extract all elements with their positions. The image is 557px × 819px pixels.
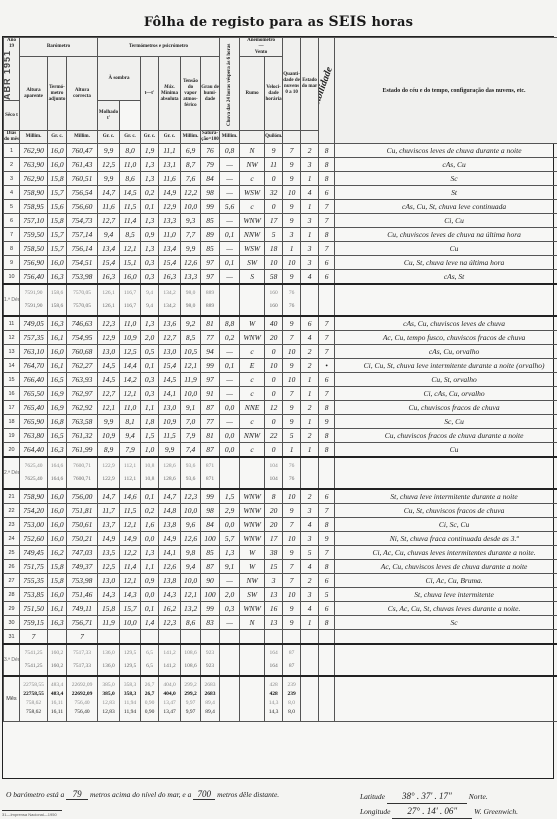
chuva-cell: — <box>220 186 240 200</box>
tens-cell <box>181 630 201 645</box>
molh-cell: 11,4 <box>120 214 141 228</box>
dif-cell: 1,3 <box>141 546 159 560</box>
dif-cell: 1,0 <box>141 443 159 458</box>
vel-sum-cell: 160160 <box>265 284 283 316</box>
nuv-cell: 7 <box>283 560 301 574</box>
visibility-cell: 7 <box>319 214 335 228</box>
mar-sum-cell <box>301 457 319 489</box>
molh-cell: 11,5 <box>120 200 141 214</box>
corr-cell: 756,60 <box>67 200 98 214</box>
chuva-cell: 1,5 <box>220 489 240 504</box>
tadj-cell: 16,1 <box>48 331 67 345</box>
dif-cell: 1,1 <box>141 560 159 574</box>
seco-cell: 14,9 <box>98 532 120 546</box>
vel-cell: 22 <box>265 429 283 443</box>
day-cell: 15 <box>4 373 20 387</box>
nuv-sum-cell: 7676 <box>283 284 301 316</box>
chuva-cell: 2,0 <box>220 588 240 602</box>
day-cell: 26 <box>4 560 20 574</box>
chuva-sum-cell <box>220 457 240 489</box>
dif-cell: 1,4 <box>141 616 159 630</box>
hum-cell: 97 <box>201 270 220 285</box>
mar-cell: 3 <box>301 532 319 546</box>
alt-cell: 759,50 <box>20 228 48 242</box>
rumo-cell: WNW <box>240 602 265 616</box>
day-cell: 3 <box>4 172 20 186</box>
seco-cell: 12,5 <box>98 158 120 172</box>
visibility-cell: 8 <box>319 228 335 242</box>
table-row: 9756,9016,0754,5115,415,10,315,412,6970,… <box>4 256 557 270</box>
table-row: 27755,3515,8753,9813,012,10,913,810,090—… <box>4 574 557 588</box>
observation-cell: Cu <box>335 443 557 458</box>
seco-month-cell: 385,0385,012,8312,83 <box>98 676 120 722</box>
nuv-cell: 9 <box>283 602 301 616</box>
molh-cell: 14,5 <box>120 186 141 200</box>
observation-cell: Ci, Ac, Cu, chuvas leves intermitentes d… <box>335 546 557 560</box>
nuv-cell: 7 <box>283 144 301 158</box>
alt-cell: 758,50 <box>20 242 48 256</box>
tadj-cell: 15,6 <box>48 200 67 214</box>
nuv-cell: 10 <box>283 588 301 602</box>
hum-cell: 90 <box>201 574 220 588</box>
dif-cell: 0,1 <box>141 359 159 373</box>
tadj-cell: 16,5 <box>48 429 67 443</box>
hum-cell: 81 <box>201 429 220 443</box>
molh-cell: 14,2 <box>120 373 141 387</box>
min-cell: 13,6 <box>159 316 181 331</box>
hum-cell: 83 <box>201 616 220 630</box>
day-cell: 9 <box>4 256 20 270</box>
alt-cell: 758,90 <box>20 186 48 200</box>
chuva-cell: 0,1 <box>220 359 240 373</box>
table-row: 4758,9015,7756,5414,714,50,214,912,298—W… <box>4 186 557 200</box>
rumo-sum-cell <box>240 644 265 676</box>
chuva-cell: — <box>220 345 240 359</box>
rumo-cell: NW <box>240 158 265 172</box>
visibility-cell: 8 <box>319 443 335 458</box>
corr-month-cell: 22692,0922692,09756,40756,40 <box>67 676 98 722</box>
alt-cell: 765,90 <box>20 415 48 429</box>
table-row: 28753,8516,0751,4614,314,30,014,312,1100… <box>4 588 557 602</box>
table-row: 25749,4516,2747,0313,512,21,314,19,8851,… <box>4 546 557 560</box>
corr-cell: 750,61 <box>67 518 98 532</box>
observation-cell: Sc, Cu <box>335 415 557 429</box>
corr-cell: 754,95 <box>67 331 98 345</box>
day-cell: 31 <box>4 630 20 645</box>
rumo-cell: NNW <box>240 228 265 242</box>
hum-cell: 91 <box>201 387 220 401</box>
days-header: Dias do mês <box>4 131 20 144</box>
day-cell: 22 <box>4 504 20 518</box>
page-title: Fôlha de registo para as SEIS horas <box>0 14 557 30</box>
day-cell: 25 <box>4 546 20 560</box>
barometer-height: 79 <box>66 789 88 800</box>
seco-cell: 14,3 <box>98 588 120 602</box>
mar-cell: 1 <box>301 443 319 458</box>
observation-cell: Ci, Cu, St, chuva leve intermitente dura… <box>335 359 557 373</box>
vel-cell: 8 <box>265 489 283 504</box>
hum-cell: 97 <box>201 373 220 387</box>
observation-cell: Ni, St, chuva fraca continuada desde as … <box>335 532 557 546</box>
vel-cell: 3 <box>265 574 283 588</box>
day-cell: 13 <box>4 345 20 359</box>
wet-header: Molhado t' <box>98 101 120 131</box>
hum-cell: 87 <box>201 443 220 458</box>
longitude-value: 27° . 14' . 06" <box>392 804 472 819</box>
nuv-cell: 1 <box>283 443 301 458</box>
coordinates: Latitude 38° . 37' . 17" Norte. Longitud… <box>360 789 518 819</box>
visibility-cell: 7 <box>319 387 335 401</box>
hum-cell: 84 <box>201 518 220 532</box>
tens-cell: 9,3 <box>181 214 201 228</box>
seco-cell: 15,4 <box>98 256 120 270</box>
vel-sum-cell: 104104 <box>265 457 283 489</box>
table-row: 2763,9016,0761,4312,511,01,313,18,779—NW… <box>4 158 557 172</box>
rumo-cell: WNW <box>240 532 265 546</box>
visibility-cell: 8 <box>319 144 335 158</box>
min-cell: 14,8 <box>159 504 181 518</box>
alt-month-cell: 22758,5522758,55758,62758,62 <box>20 676 48 722</box>
nuv-cell: 9 <box>283 172 301 186</box>
corr-cell: 747,03 <box>67 546 98 560</box>
day-cell: 1 <box>4 144 20 158</box>
tadj-sum-cell: 158,6158,6 <box>48 284 67 316</box>
seco-cell: 9,9 <box>98 144 120 158</box>
rumo-cell: c <box>240 172 265 186</box>
chuva-cell: 9,1 <box>220 560 240 574</box>
molh-cell: 8,0 <box>120 144 141 158</box>
nuv-cell: 10 <box>283 256 301 270</box>
vel-cell: 10 <box>265 359 283 373</box>
table-row: 7759,5015,7757,149,48,50,911,07,7890,1NN… <box>4 228 557 242</box>
vel-cell: 0 <box>265 415 283 429</box>
dif-sum-cell: 10,810,8 <box>141 457 159 489</box>
min-cell: 16,3 <box>159 270 181 285</box>
nuv-cell: 9 <box>283 200 301 214</box>
mar-sum-cell <box>301 644 319 676</box>
vel-cell: 0 <box>265 172 283 186</box>
molh-month-cell: 358,3358,311,9411,94 <box>120 676 141 722</box>
weather-register-table: Ano 19ABR 1951 Barómetro Termómetros e p… <box>3 37 557 722</box>
corr-cell: 754,51 <box>67 256 98 270</box>
hum-cell: 99 <box>201 200 220 214</box>
corr-cell: 753,98 <box>67 574 98 588</box>
tens-cell: 9,2 <box>181 316 201 331</box>
tens-cell: 10,0 <box>181 504 201 518</box>
day-cell: 27 <box>4 574 20 588</box>
mar-cell: 1 <box>301 200 319 214</box>
nuv-cell: 9 <box>283 214 301 228</box>
molh-cell: 11,0 <box>120 158 141 172</box>
chuva-cell: 1,3 <box>220 546 240 560</box>
hum-sum-cell: 889889 <box>201 284 220 316</box>
molh-cell: 14,9 <box>120 532 141 546</box>
molh-cell: 9,4 <box>120 429 141 443</box>
corr-cell: 763,93 <box>67 373 98 387</box>
day-cell: 28 <box>4 588 20 602</box>
dif-cell: 0,3 <box>141 387 159 401</box>
chuva-cell: — <box>220 415 240 429</box>
day-cell: 24 <box>4 532 20 546</box>
mar-cell: 2 <box>301 345 319 359</box>
corr-cell: 756,14 <box>67 242 98 256</box>
molh-cell: 12,1 <box>120 518 141 532</box>
alt-cell: 759,15 <box>20 616 48 630</box>
seco-sum-cell: 136,0136,0 <box>98 644 120 676</box>
min-cell: 14,9 <box>159 186 181 200</box>
nuv-cell: 10 <box>283 489 301 504</box>
rumo-cell: c <box>240 443 265 458</box>
table-row: 18765,9016,8763,589,98,11,810,97,077—c09… <box>4 415 557 429</box>
rumo-cell: W <box>240 560 265 574</box>
vel-cell: 5 <box>265 228 283 242</box>
observation-cell: Sc <box>335 172 557 186</box>
min-cell: 9,9 <box>159 443 181 458</box>
dif-cell: 0,2 <box>141 186 159 200</box>
hum-cell: 77 <box>201 415 220 429</box>
mar-cell: 2 <box>301 401 319 415</box>
thermometers-header: Termómetros e psicrómetro <box>98 38 220 57</box>
chuva-sum-cell <box>220 284 240 316</box>
observation-cell: cAs, Cu, St, chuva leve continuada <box>335 200 557 214</box>
min-cell <box>159 630 181 645</box>
rumo-cell: NNE <box>240 401 265 415</box>
tadj-sum-cell: 164,6164,6 <box>48 457 67 489</box>
hum-cell: 100 <box>201 532 220 546</box>
chuva-cell: — <box>220 616 240 630</box>
dif-cell: 0,2 <box>141 504 159 518</box>
mar-cell: 1 <box>301 415 319 429</box>
corr-cell: 751,46 <box>67 588 98 602</box>
table-row: 14764,7016,1762,2714,514,40,115,412,1990… <box>4 359 557 373</box>
molh-cell: 11,4 <box>120 560 141 574</box>
hum-cell: 89 <box>201 228 220 242</box>
hum-cell: 100 <box>201 588 220 602</box>
tadj-cell: 16,3 <box>48 270 67 285</box>
alt-cell: 751,50 <box>20 602 48 616</box>
chuva-cell: 8,8 <box>220 316 240 331</box>
chuva-cell: 0,0 <box>220 401 240 415</box>
nuv-cell: 10 <box>283 345 301 359</box>
mar-cell: 4 <box>301 186 319 200</box>
anemometer-header: Anemómetro—Vento <box>240 38 283 57</box>
day-sum-cell: 1.ª Década <box>4 284 20 316</box>
tadj-cell: 15,8 <box>48 172 67 186</box>
observation-cell: Cu <box>335 242 557 256</box>
dif-cell: 0,9 <box>141 574 159 588</box>
seco-cell: 13,7 <box>98 518 120 532</box>
tens-cell: 7,9 <box>181 429 201 443</box>
hum-cell <box>201 630 220 645</box>
dif-cell: 0,1 <box>141 602 159 616</box>
corr-cell: 762,97 <box>67 387 98 401</box>
table-row: 6757,1015,8754,7312,711,41,313,39,385—WN… <box>4 214 557 228</box>
mar-cell: 3 <box>301 242 319 256</box>
mar-cell: 3 <box>301 214 319 228</box>
vapor-tension-header: Tensão do vapor atmos-férico <box>181 57 201 131</box>
alt-cell: 765,50 <box>20 387 48 401</box>
alt-cell: 749,05 <box>20 316 48 331</box>
observation-cell: cAs, Cu <box>335 158 557 172</box>
visibility-cell: 8 <box>319 518 335 532</box>
alt-cell: 765,40 <box>20 401 48 415</box>
min-cell: 14,1 <box>159 387 181 401</box>
nuv-cell: 9 <box>283 401 301 415</box>
day-cell: 12 <box>4 331 20 345</box>
dif-cell: 1,5 <box>141 429 159 443</box>
observation-cell: cAs, St <box>335 270 557 285</box>
dif-cell: 1,6 <box>141 518 159 532</box>
dif-cell: 1,3 <box>141 316 159 331</box>
observations-header: Estado do céu e do tempo, configuração d… <box>335 38 557 144</box>
seco-cell: 13,4 <box>98 242 120 256</box>
rumo-cell: c <box>240 373 265 387</box>
clouds-header: Quanti-dade de nuvens 0 a 10 <box>283 38 301 131</box>
dif-cell: 0,3 <box>141 270 159 285</box>
mar-cell: 2 <box>301 359 319 373</box>
tadj-cell: 15,8 <box>48 560 67 574</box>
mar-cell: 6 <box>301 316 319 331</box>
molh-cell: 15,7 <box>120 602 141 616</box>
min-cell: 13,0 <box>159 401 181 415</box>
alt-cell: 763,80 <box>20 429 48 443</box>
chuva-cell: — <box>220 574 240 588</box>
mar-cell: 1 <box>301 616 319 630</box>
vel-cell: 11 <box>265 158 283 172</box>
nuv-cell <box>283 630 301 645</box>
tens-cell: 7,7 <box>181 228 201 242</box>
barometer-header: Barómetro <box>20 38 98 57</box>
speed-header: Veloci-dade horária <box>265 57 283 131</box>
tadj-cell: 15,8 <box>48 574 67 588</box>
rumo-cell: c <box>240 200 265 214</box>
vel-cell: 20 <box>265 504 283 518</box>
min-cell: 13,4 <box>159 242 181 256</box>
vel-cell: 13 <box>265 616 283 630</box>
tadj-cell: 16,1 <box>48 602 67 616</box>
vel-cell: 15 <box>265 560 283 574</box>
seco-cell: 11,6 <box>98 200 120 214</box>
alt-cell: 757,10 <box>20 214 48 228</box>
mar-cell: 4 <box>301 602 319 616</box>
vel-cell: 0 <box>265 373 283 387</box>
hum-cell: 84 <box>201 172 220 186</box>
table-row: 30759,1516,3756,7111,910,01,412,38,683—N… <box>4 616 557 630</box>
obs-sum-cell <box>335 644 557 676</box>
alt-sum-cell: 7591,907591,90 <box>20 284 48 316</box>
chuva-cell: 0,1 <box>220 256 240 270</box>
tadj-cell: 16,5 <box>48 373 67 387</box>
date-stamp: ABR 1951 <box>4 50 10 100</box>
alt-cell: 762,90 <box>20 144 48 158</box>
tens-cell: 10,0 <box>181 387 201 401</box>
mar-cell: 5 <box>301 546 319 560</box>
rumo-sum-cell <box>240 284 265 316</box>
visibility-cell: • <box>319 359 335 373</box>
rumo-cell: WNW <box>240 518 265 532</box>
min-cell: 13,1 <box>159 158 181 172</box>
molh-cell: 14,3 <box>120 588 141 602</box>
tadj-cell: 16,0 <box>48 504 67 518</box>
dif-sum-cell: 9,49,4 <box>141 284 159 316</box>
visibility-cell: 8 <box>319 172 335 186</box>
chuva-cell: 0,1 <box>220 228 240 242</box>
nuv-cell: 9 <box>283 359 301 373</box>
alt-cell: 754,20 <box>20 504 48 518</box>
rumo-cell: SW <box>240 588 265 602</box>
vis-month-cell <box>319 676 335 722</box>
seco-cell: 12,7 <box>98 214 120 228</box>
chuva-cell: 0,0 <box>220 429 240 443</box>
observation-cell: Ci, cAs, Cu, orvalho <box>335 387 557 401</box>
observation-cell: Ac, Cu, tempo fusco, chuviscos fracos de… <box>335 331 557 345</box>
molh-cell: 12,1 <box>120 387 141 401</box>
corr-cell: 756,54 <box>67 186 98 200</box>
day-cell: 6 <box>4 214 20 228</box>
tens-cell: 12,2 <box>181 186 201 200</box>
barometer-distance: 700 <box>193 789 215 800</box>
day-cell: 7 <box>4 228 20 242</box>
vis-sum-cell <box>319 457 335 489</box>
tadj-cell: 16,0 <box>48 158 67 172</box>
observation-cell: Cu, St, chuviscos fracos de chuva <box>335 504 557 518</box>
visibility-cell: 9 <box>319 415 335 429</box>
seco-cell: 10,9 <box>98 429 120 443</box>
chuva-cell: 0,2 <box>220 331 240 345</box>
observation-cell: Sc <box>335 616 557 630</box>
min-cell: 10,9 <box>159 415 181 429</box>
difference-header: t—t' <box>141 57 159 131</box>
corr-cell: 760,68 <box>67 345 98 359</box>
tens-cell: 6,9 <box>181 144 201 158</box>
tens-month-cell: 299,2299,29,979,97 <box>181 676 201 722</box>
rumo-cell: N <box>240 616 265 630</box>
corr-cell: 746,63 <box>67 316 98 331</box>
hum-cell: 98 <box>201 504 220 518</box>
nuv-cell: 9 <box>283 316 301 331</box>
dif-cell: 1,3 <box>141 214 159 228</box>
corr-cell: 763,58 <box>67 415 98 429</box>
observation-cell: St <box>335 186 557 200</box>
alt-cell: 753,00 <box>20 518 48 532</box>
molh-cell: 12,2 <box>120 546 141 560</box>
tadj-cell: 16,0 <box>48 489 67 504</box>
alt-cell: 763,10 <box>20 345 48 359</box>
hum-cell: 87 <box>201 560 220 574</box>
vel-cell: 9 <box>265 144 283 158</box>
visibility-cell: 8 <box>319 429 335 443</box>
vel-cell: 12 <box>265 401 283 415</box>
table-row: 22754,2016,0751,8111,711,50,214,810,0982… <box>4 504 557 518</box>
table-row: 3762,9015,8760,519,98,61,311,67,684—c091… <box>4 172 557 186</box>
rumo-cell: WNW <box>240 489 265 504</box>
imprint: 31—Imprensa Nacional—1950 <box>2 810 62 817</box>
corr-cell: 760,47 <box>67 144 98 158</box>
vel-cell: 40 <box>265 316 283 331</box>
vel-cell: 0 <box>265 443 283 458</box>
molh-cell: 15,1 <box>120 256 141 270</box>
dif-sum-cell: 6,56,5 <box>141 644 159 676</box>
nuv-cell: 9 <box>283 504 301 518</box>
tens-cell: 7,6 <box>181 172 201 186</box>
table-row: 17765,4016,9762,9212,111,01,113,09,1870,… <box>4 401 557 415</box>
tens-cell: 12,1 <box>181 359 201 373</box>
nuv-cell: 9 <box>283 616 301 630</box>
tens-cell: 13,3 <box>181 270 201 285</box>
rumo-cell: W <box>240 316 265 331</box>
nuv-cell: 10 <box>283 373 301 387</box>
nuv-cell: 7 <box>283 574 301 588</box>
